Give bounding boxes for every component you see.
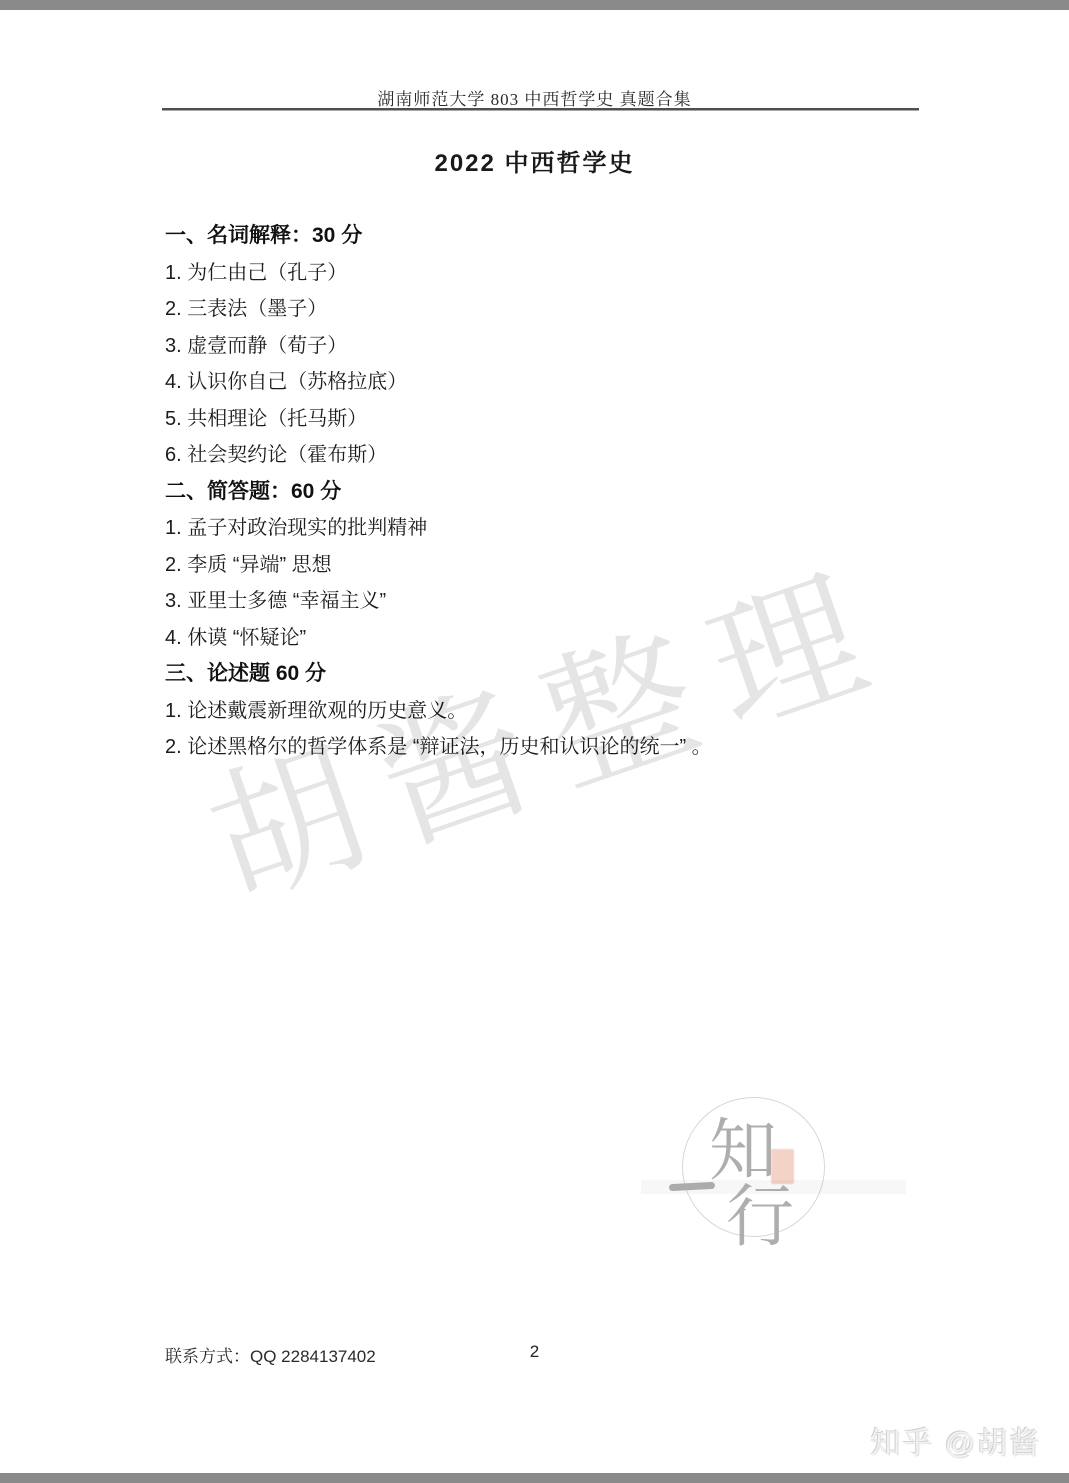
exam-paper-page: 湖南师范大学 803 中西哲学史 真题合集 2022 中西哲学史 一、名词解释：…: [0, 0, 1069, 1483]
header-divider: [162, 108, 919, 111]
section-heading-short-answer: 二、简答题：60 分: [165, 474, 865, 511]
stamp-char-xing: 行: [726, 1184, 794, 1252]
question-item: 2. 三表法（墨子）: [165, 291, 865, 328]
exam-content: 一、名词解释：30 分 1. 为仁由己（孔子） 2. 三表法（墨子） 3. 虚壹…: [165, 218, 865, 766]
question-item: 1. 为仁由己（孔子）: [165, 255, 865, 292]
question-item: 3. 亚里士多德 “幸福主义”: [165, 583, 865, 620]
question-item: 5. 共相理论（托马斯）: [165, 401, 865, 438]
question-item: 3. 虚壹而静（荀子）: [165, 328, 865, 365]
page-edge-bottom: [0, 1473, 1069, 1483]
section-heading-terms: 一、名词解释：30 分: [165, 218, 865, 255]
page-edge-top: [0, 0, 1069, 10]
page-number: 2: [0, 1342, 1069, 1362]
stamp-char-zhi: 知: [709, 1118, 777, 1186]
question-item: 1. 孟子对政治现实的批判精神: [165, 510, 865, 547]
question-item: 4. 认识你自己（苏格拉底）: [165, 364, 865, 401]
running-header: 湖南师范大学 803 中西哲学史 真题合集: [0, 85, 1069, 110]
question-item: 4. 休谟 “怀疑论”: [165, 620, 865, 657]
question-item: 2. 李质 “异端” 思想: [165, 547, 865, 584]
section-heading-essay: 三、论述题 60 分: [165, 656, 865, 693]
question-item: 2. 论述黑格尔的哲学体系是 “辩证法，历史和认识论的统一” 。: [165, 729, 865, 766]
red-seal-icon: [771, 1149, 794, 1184]
page-title: 2022 中西哲学史: [0, 143, 1069, 178]
zhixing-seal-stamp: 知 行: [682, 1097, 825, 1237]
question-item: 6. 社会契约论（霍布斯）: [165, 437, 865, 474]
question-item: 1. 论述戴震新理欲观的历史意义。: [165, 693, 865, 730]
zhihu-corner-watermark: 知乎 @胡酱: [870, 1418, 1041, 1462]
